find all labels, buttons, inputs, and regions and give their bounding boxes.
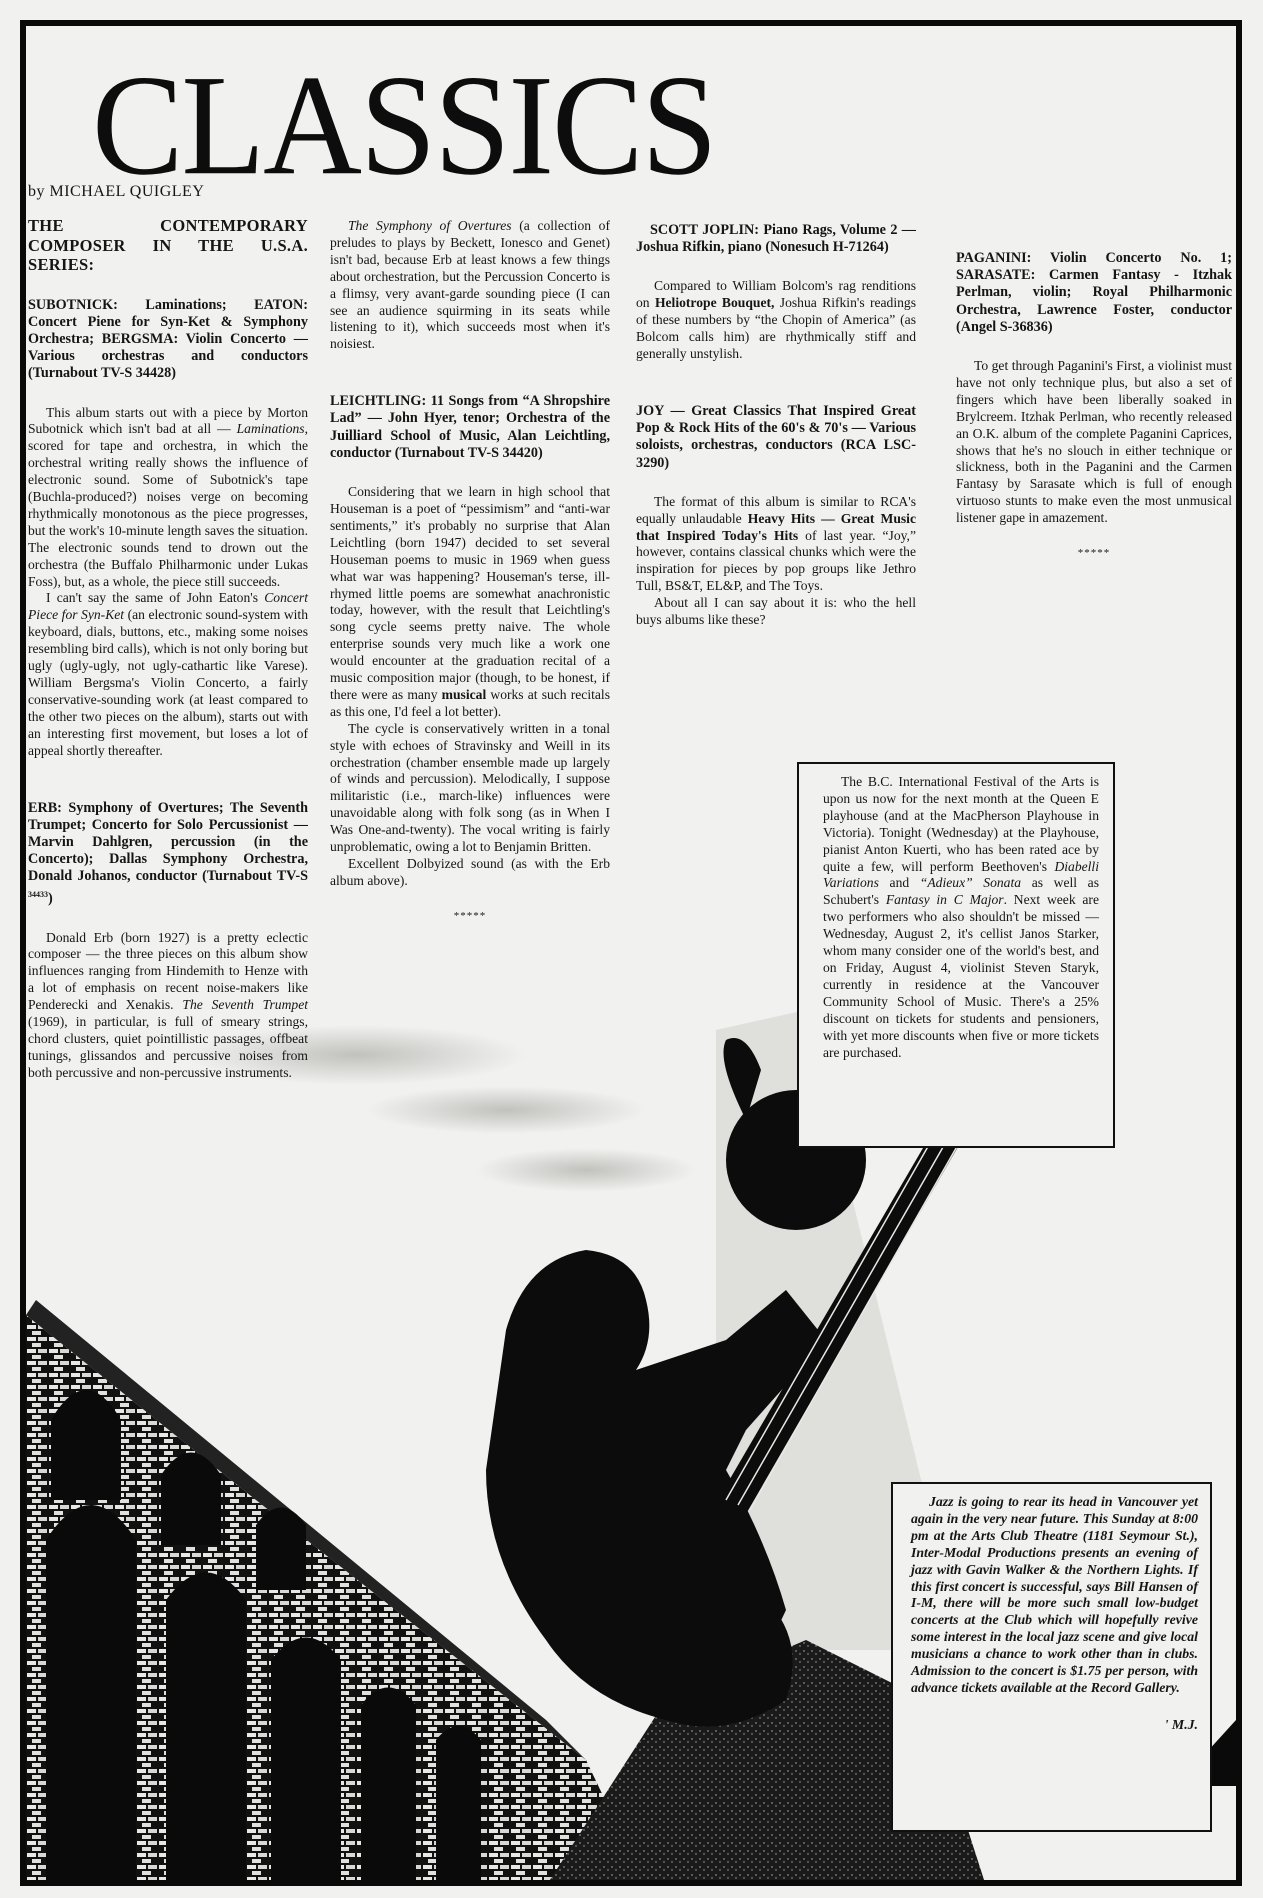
review-heading-paganini: PAGANINI: Violin Concerto No. 1; SARASAT… [956,250,1232,336]
jazz-text: Jazz is going to rear its head in Vancou… [911,1494,1198,1697]
review-heading-subotnick: SUBOTNICK: Laminations; EATON: Concert P… [28,297,308,383]
review-paragraph: The cycle is conservatively written in a… [330,721,610,856]
jazz-sidebar-box: Jazz is going to rear its head in Vancou… [891,1482,1212,1832]
review-heading-erb: ERB: Symphony of Overtures; The Seventh … [28,800,308,908]
section-separator: ***** [956,545,1232,562]
festival-text: The B.C. International Festival of the A… [823,774,1099,1061]
review-paragraph: Concert Piece for Syn-KetI can't say the… [28,590,308,759]
review-paragraph: Donald Erb (born 1927) is a pretty eclec… [28,930,308,1082]
review-paragraph: The Symphony of Overtures (a collection … [330,218,610,353]
byline: by MICHAEL QUIGLEY [28,183,204,201]
column-2: The Symphony of Overtures (a collection … [330,218,610,925]
review-paragraph: To get through Paganini's First, a violi… [956,358,1232,527]
review-paragraph: About all I can say about it is: who the… [636,595,916,629]
page-title: CLASSICS [92,62,716,188]
section-separator: ***** [330,908,610,925]
review-paragraph: This album starts out with a piece by Mo… [28,405,308,591]
review-heading-joy: JOY — Great Classics That Inspired Great… [636,403,916,472]
review-paragraph: Excellent Dolbyized sound (as with the E… [330,856,610,890]
column-1: THE CONTEMPORARY COMPOSER IN THE U.S.A. … [28,216,308,1082]
author-signature: ' M.J. [911,1717,1198,1734]
column-3: SCOTT JOPLIN: Piano Rags, Volume 2 — Jos… [636,222,916,629]
review-paragraph: Considering that we learn in high school… [330,484,610,721]
festival-sidebar-box: The B.C. International Festival of the A… [797,762,1115,1148]
review-heading-leichtling: LEICHTLING: 11 Songs from “A Shropshire … [330,393,610,462]
series-heading: THE CONTEMPORARY COMPOSER IN THE U.S.A. … [28,216,308,275]
review-paragraph: Compared to William Bolcom's rag renditi… [636,278,916,363]
column-4: PAGANINI: Violin Concerto No. 1; SARASAT… [956,250,1232,562]
review-heading-joplin: SCOTT JOPLIN: Piano Rags, Volume 2 — Jos… [636,222,916,256]
review-paragraph: The format of this album is similar to R… [636,494,916,595]
